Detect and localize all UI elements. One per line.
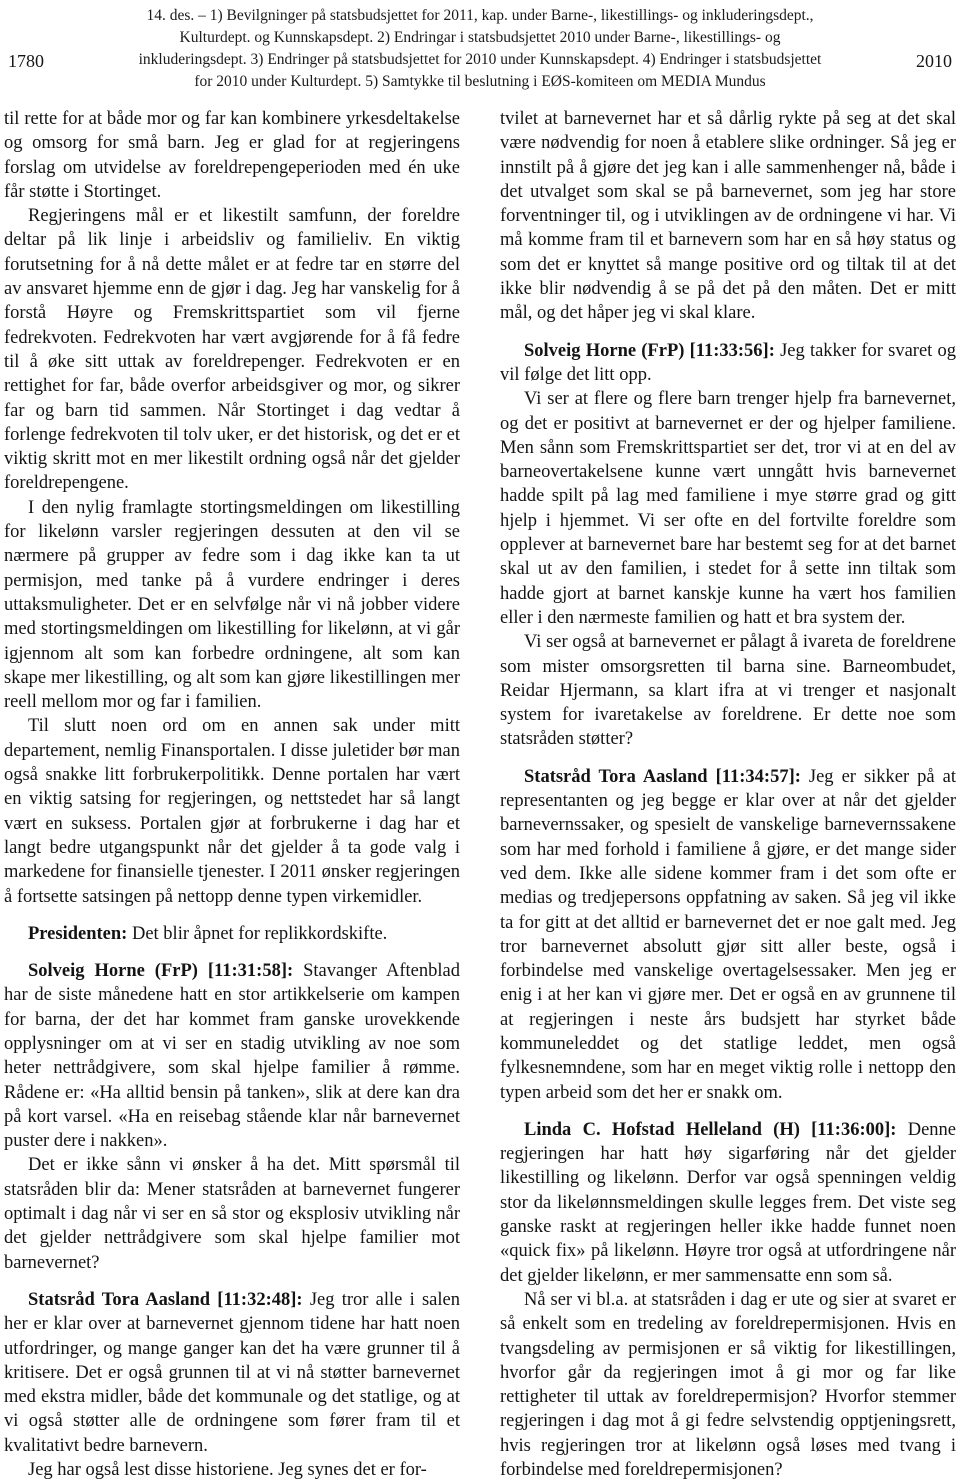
- paragraph-text: Jeg tror alle i salen her er klar over a…: [4, 1290, 460, 1456]
- paragraph-text: Vi ser at flere og flere barn trenger hj…: [500, 389, 956, 628]
- speech-paragraph: Presidenten: Det blir åpnet for replikko…: [4, 922, 460, 946]
- paragraph: Vi ser at flere og flere barn trenger hj…: [500, 387, 956, 630]
- header-title-line: for 2010 under Kulturdept. 5) Samtykke t…: [118, 71, 842, 93]
- paragraph-text: Stavanger Aftenblad har de siste måneden…: [4, 961, 460, 1151]
- header-title-line: Kulturdept. og Kunnskapsdept. 2) Endring…: [118, 27, 842, 49]
- running-header: 1780 14. des. – 1) Bevilgninger på stats…: [0, 0, 960, 101]
- speaker-name: Solveig Horne (FrP) [11:33:56]:: [524, 341, 775, 361]
- paragraph: I den nylig framlagte stortingsmeldingen…: [4, 496, 460, 715]
- header-title: 14. des. – 1) Bevilgninger på statsbudsj…: [118, 5, 842, 93]
- paragraph-text: Til slutt noen ord om en annen sak under…: [4, 716, 460, 906]
- paragraph-text: Nå ser vi bl.a. at statsråden i dag er u…: [500, 1290, 956, 1480]
- paragraph: Regjeringens mål er et likestilt samfunn…: [4, 204, 460, 496]
- speaker-name: Statsråd Tora Aasland [11:32:48]:: [28, 1290, 303, 1310]
- proceedings-page: 1780 14. des. – 1) Bevilgninger på stats…: [0, 0, 960, 1482]
- paragraph: til rette for at både mor og far kan kom…: [4, 107, 460, 204]
- paragraph: Jeg har også lest disse historiene. Jeg …: [4, 1458, 460, 1482]
- paragraph-text: til rette for at både mor og far kan kom…: [4, 109, 460, 202]
- paragraph: Det er ikke sånn vi ønsker å ha det. Mit…: [4, 1153, 460, 1274]
- left-column: til rette for at både mor og far kan kom…: [4, 107, 460, 1482]
- paragraph: tvilet at barnevernet har et så dårlig r…: [500, 107, 956, 326]
- speaker-name: Solveig Horne (FrP) [11:31:58]:: [28, 961, 293, 981]
- header-title-line: 14. des. – 1) Bevilgninger på statsbudsj…: [118, 5, 842, 27]
- page-number: 1780: [8, 50, 44, 72]
- paragraph: Vi ser også at barnevernet er pålagt å i…: [500, 630, 956, 751]
- right-column: tvilet at barnevernet har et så dårlig r…: [500, 107, 956, 1482]
- paragraph-text: Det blir åpnet for replikkordskifte.: [127, 924, 387, 944]
- paragraph-text: Det er ikke sånn vi ønsker å ha det. Mit…: [4, 1155, 460, 1272]
- speaker-name: Statsråd Tora Aasland [11:34:57]:: [524, 767, 801, 787]
- paragraph-text: Regjeringens mål er et likestilt samfunn…: [4, 206, 460, 493]
- paragraph-text: Denne regjeringen har hatt høy sigarføri…: [500, 1120, 956, 1286]
- paragraph-text: tvilet at barnevernet har et så dårlig r…: [500, 109, 956, 323]
- speech-paragraph: Statsråd Tora Aasland [11:34:57]: Jeg er…: [500, 765, 956, 1105]
- speaker-name: Linda C. Hofstad Helleland (H) [11:36:00…: [524, 1120, 896, 1140]
- paragraph-text: Jeg har også lest disse historiene. Jeg …: [28, 1460, 427, 1480]
- speech-paragraph: Statsråd Tora Aasland [11:32:48]: Jeg tr…: [4, 1288, 460, 1458]
- paragraph: Nå ser vi bl.a. at statsråden i dag er u…: [500, 1288, 956, 1482]
- text-columns: til rette for at både mor og far kan kom…: [0, 101, 960, 1482]
- paragraph-text: Jeg er sikker på at representanten og je…: [500, 767, 956, 1103]
- paragraph-text: I den nylig framlagte stortingsmeldingen…: [4, 498, 460, 712]
- speech-paragraph: Solveig Horne (FrP) [11:33:56]: Jeg takk…: [500, 339, 956, 388]
- paragraph-text: Vi ser også at barnevernet er pålagt å i…: [500, 632, 956, 749]
- speech-paragraph: Solveig Horne (FrP) [11:31:58]: Stavange…: [4, 959, 460, 1153]
- speech-paragraph: Linda C. Hofstad Helleland (H) [11:36:00…: [500, 1118, 956, 1288]
- header-title-line: inkluderingsdept. 3) Endringer på statsb…: [118, 49, 842, 71]
- year-label: 2010: [916, 50, 952, 72]
- speaker-name: Presidenten:: [28, 924, 127, 944]
- paragraph: Til slutt noen ord om en annen sak under…: [4, 714, 460, 908]
